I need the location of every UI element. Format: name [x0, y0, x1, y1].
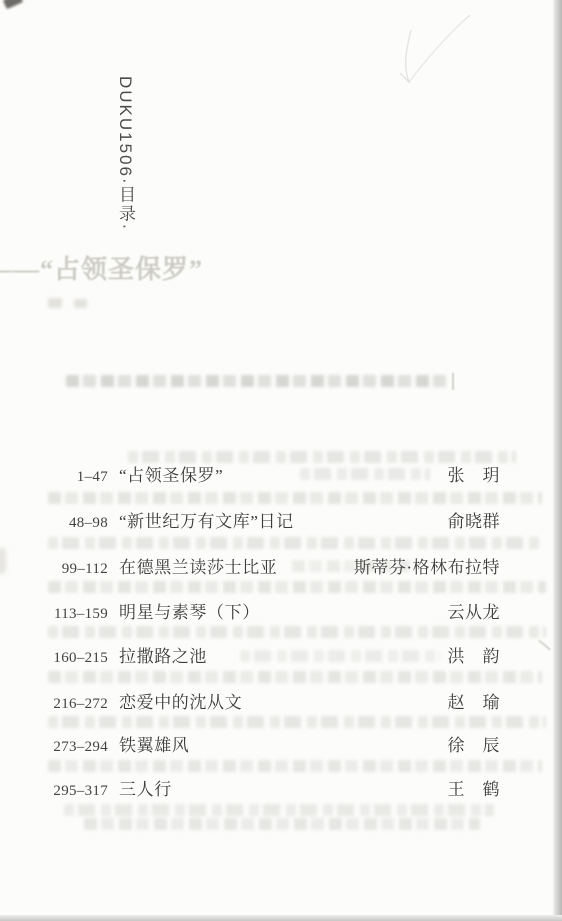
toc-row: 99–112 在德黑兰读莎士比亚 斯蒂芬·格林布拉特	[48, 557, 500, 580]
toc-title: 三人行	[119, 779, 448, 801]
toc-page-range: 113–159	[48, 603, 108, 625]
toc-author: 云从龙	[448, 602, 501, 624]
toc-title: “占领圣保罗”	[119, 465, 448, 487]
toc-page-range: 273–294	[48, 736, 108, 758]
paper-edge-right	[553, 0, 562, 921]
toc-author: 赵 瑜	[448, 692, 501, 714]
toc-row: 160–215 拉撒路之池 洪 韵	[48, 646, 500, 669]
toc-page-range: 160–215	[48, 647, 108, 669]
toc-author: 俞晓群	[448, 511, 501, 533]
toc-title: 在德黑兰读莎士比亚	[119, 557, 354, 579]
toc-page-range: 99–112	[48, 558, 108, 580]
toc-author: 张 玥	[448, 465, 501, 487]
toc-author: 斯蒂芬·格林布拉特	[354, 557, 500, 579]
toc-list: 1–47 “占领圣保罗” 张 玥 48–98 “新世纪万有文库”日记 俞晓群 9…	[0, 0, 562, 921]
toc-author: 徐 辰	[448, 735, 501, 757]
toc-title: 恋爱中的沈从文	[119, 692, 448, 714]
toc-author: 洪 韵	[448, 646, 501, 668]
toc-row: 216–272 恋爱中的沈从文 赵 瑜	[48, 692, 500, 715]
toc-title: 明星与素琴（下）	[119, 602, 448, 624]
toc-title: 拉撒路之池	[119, 646, 448, 668]
toc-row: 48–98 “新世纪万有文库”日记 俞晓群	[48, 511, 500, 534]
toc-row: 1–47 “占领圣保罗” 张 玥	[48, 465, 500, 488]
toc-title: 铁翼雄风	[119, 735, 448, 757]
toc-author: 王 鹤	[448, 779, 501, 801]
toc-page-range: 1–47	[48, 466, 108, 488]
toc-row: 295–317 三人行 王 鹤	[48, 779, 500, 802]
toc-page-range: 216–272	[48, 693, 108, 715]
toc-title: “新世纪万有文库”日记	[119, 511, 448, 533]
paper-edge-bottom	[0, 915, 562, 921]
toc-page-range: 48–98	[48, 512, 108, 534]
toc-row: 273–294 铁翼雄风 徐 辰	[48, 735, 500, 758]
scanned-toc-page: DUKU1506·目录· ——“占领圣保罗” 1–47 “占领圣保罗” 张 玥 …	[0, 0, 562, 921]
toc-row: 113–159 明星与素琴（下） 云从龙	[48, 602, 500, 625]
toc-page-range: 295–317	[48, 780, 108, 802]
